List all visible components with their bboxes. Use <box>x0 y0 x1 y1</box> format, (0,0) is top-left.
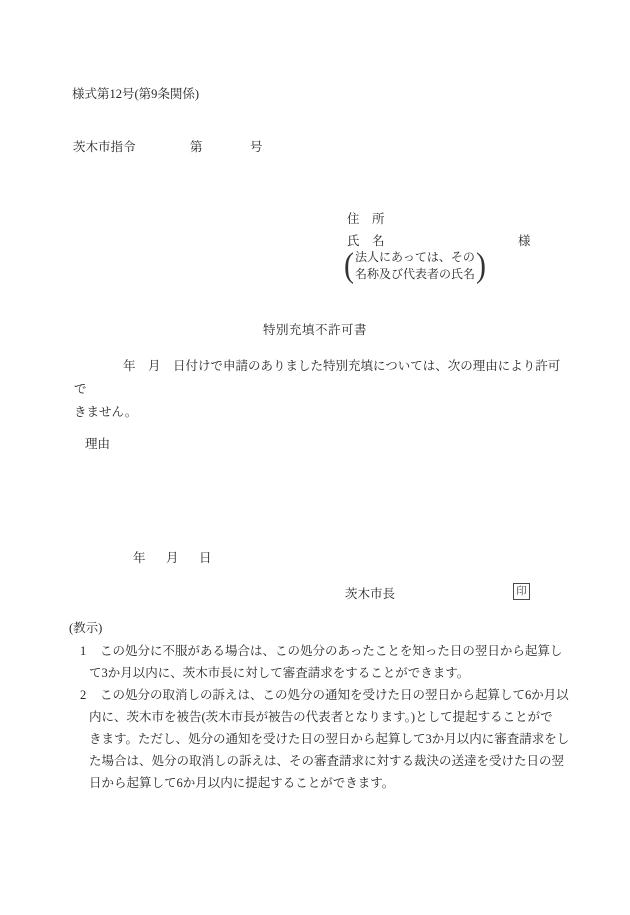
instruction-item-1-text: この処分に不服がある場合は、この処分のあったことを知った日の翌日から起算し て3… <box>89 640 580 684</box>
directive-authority: 茨木市指令 <box>73 138 136 156</box>
instruction-item-2-number: 2 <box>80 684 86 706</box>
open-bracket: ( <box>343 248 355 283</box>
directive-number-suffix: 号 <box>250 138 263 156</box>
corporate-note-text: 法人にあっては、その 名称及び代表者の氏名 <box>355 249 475 282</box>
seal-mark: 印 <box>513 583 530 600</box>
instruction-item-2-text: この処分の取消しの訴えは、この処分の通知を受けた日の翌日から起算して6か月以 内… <box>89 684 580 794</box>
reason-label: 理由 <box>85 435 110 453</box>
corporate-note: ( 法人にあっては、その 名称及び代表者の氏名 ) <box>343 249 487 282</box>
instruction-item-2: 2 この処分の取消しの訴えは、この処分の通知を受けた日の翌日から起算して6か月以… <box>80 684 580 794</box>
issuer-title: 茨木市長 <box>345 585 395 603</box>
instructions-heading: (教示) <box>69 619 102 637</box>
recipient-honorific: 様 <box>518 232 531 250</box>
recipient-address-label: 住 所 <box>347 210 385 228</box>
instruction-item-1-number: 1 <box>80 640 86 662</box>
document-page: 様式第12号(第9条関係) 茨木市指令 第 号 住 所 氏 名 様 ( 法人にあ… <box>0 0 630 915</box>
body-paragraph: 年 月 日付けで申請のありました特別充填については、次の理由により許可で きませ… <box>74 355 566 424</box>
document-title: 特別充填不許可書 <box>0 321 630 339</box>
instructions-list: 1 この処分に不服がある場合は、この処分のあったことを知った日の翌日から起算し … <box>80 640 580 794</box>
instruction-item-1: 1 この処分に不服がある場合は、この処分のあったことを知った日の翌日から起算し … <box>80 640 580 684</box>
issue-date-line: 年 月 日 <box>133 549 216 567</box>
directive-number-prefix: 第 <box>190 138 203 156</box>
close-bracket: ) <box>475 248 487 283</box>
form-number: 様式第12号(第9条関係) <box>72 85 199 103</box>
